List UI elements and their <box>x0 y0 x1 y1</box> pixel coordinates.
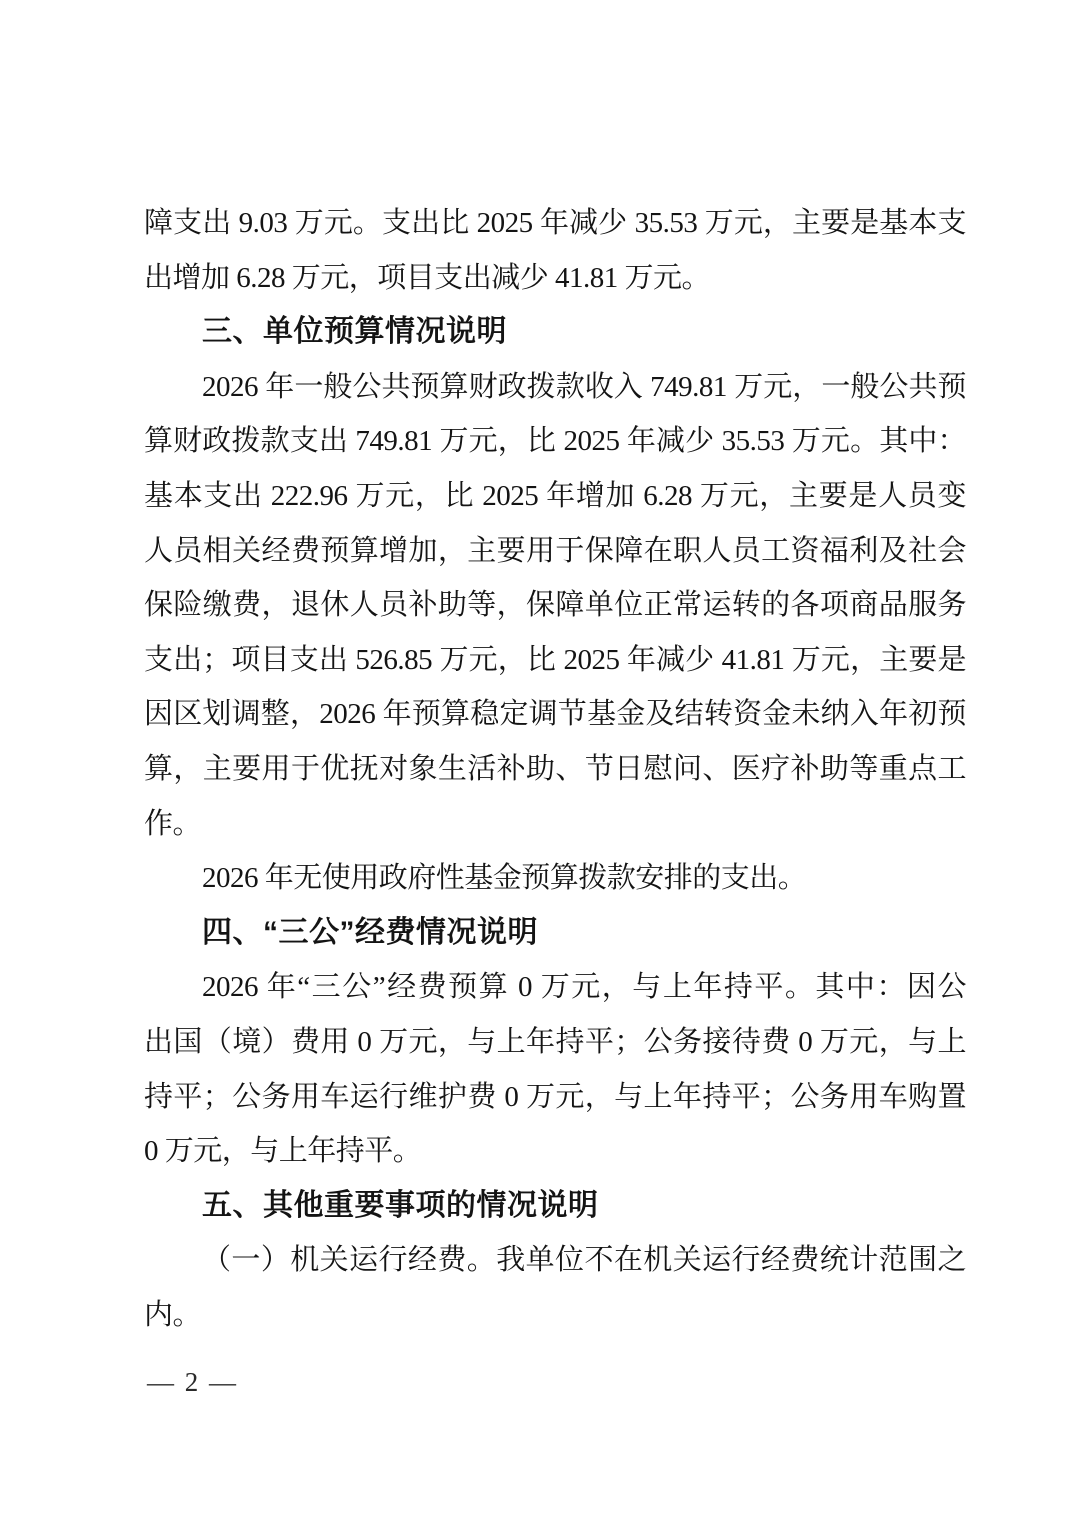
body-line: 障支出 9.03 万元。支出比 2025 年减少 35.53 万元，主要是基本支 <box>144 196 966 251</box>
section-heading-3: 三、单位预算情况说明 <box>144 305 966 360</box>
page-number: — 2 — <box>147 1360 238 1404</box>
body-line: 基本支出 222.96 万元，比 2025 年增加 6.28 万元，主要是人员变… <box>144 469 966 524</box>
body-line: 算，主要用于优抚对象生活补助、节日慰问、医疗补助等重点工 <box>144 742 966 797</box>
body-line: 因区划调整，2026 年预算稳定调节基金及结转资金未纳入年初预 <box>144 687 966 742</box>
body-line: 2026 年无使用政府性基金预算拨款安排的支出。 <box>144 851 966 906</box>
body-line: （一）机关运行经费。我单位不在机关运行经费统计范围之 <box>144 1233 966 1288</box>
body-line: 作。 <box>144 797 966 852</box>
body-line: 算财政拨款支出 749.81 万元，比 2025 年减少 35.53 万元。其中… <box>144 414 966 469</box>
body-line: 出国（境）费用 0 万元，与上年持平；公务接待费 0 万元，与上年 <box>144 1015 966 1070</box>
document-body: 障支出 9.03 万元。支出比 2025 年减少 35.53 万元，主要是基本支… <box>144 196 966 1342</box>
section-heading-5: 五、其他重要事项的情况说明 <box>144 1179 966 1234</box>
body-line: 持平；公务用车运行维护费 0 万元，与上年持平；公务用车购置费 <box>144 1070 966 1125</box>
document-page: 障支出 9.03 万元。支出比 2025 年减少 35.53 万元，主要是基本支… <box>0 0 1074 1520</box>
body-line: 人员相关经费预算增加，主要用于保障在职人员工资福利及社会 <box>144 524 966 579</box>
body-line: 出增加 6.28 万元，项目支出减少 41.81 万元。 <box>144 251 966 306</box>
section-heading-4: 四、“三公”经费情况说明 <box>144 906 966 961</box>
body-line: 支出；项目支出 526.85 万元，比 2025 年减少 41.81 万元，主要… <box>144 633 966 688</box>
body-line: 保险缴费，退休人员补助等，保障单位正常运转的各项商品服务 <box>144 578 966 633</box>
body-line: 2026 年一般公共预算财政拨款收入 749.81 万元，一般公共预 <box>144 360 966 415</box>
body-line: 2026 年“三公”经费预算 0 万元，与上年持平。其中：因公 <box>144 960 966 1015</box>
body-line: 0 万元，与上年持平。 <box>144 1124 966 1179</box>
body-line: 内。 <box>144 1288 966 1343</box>
